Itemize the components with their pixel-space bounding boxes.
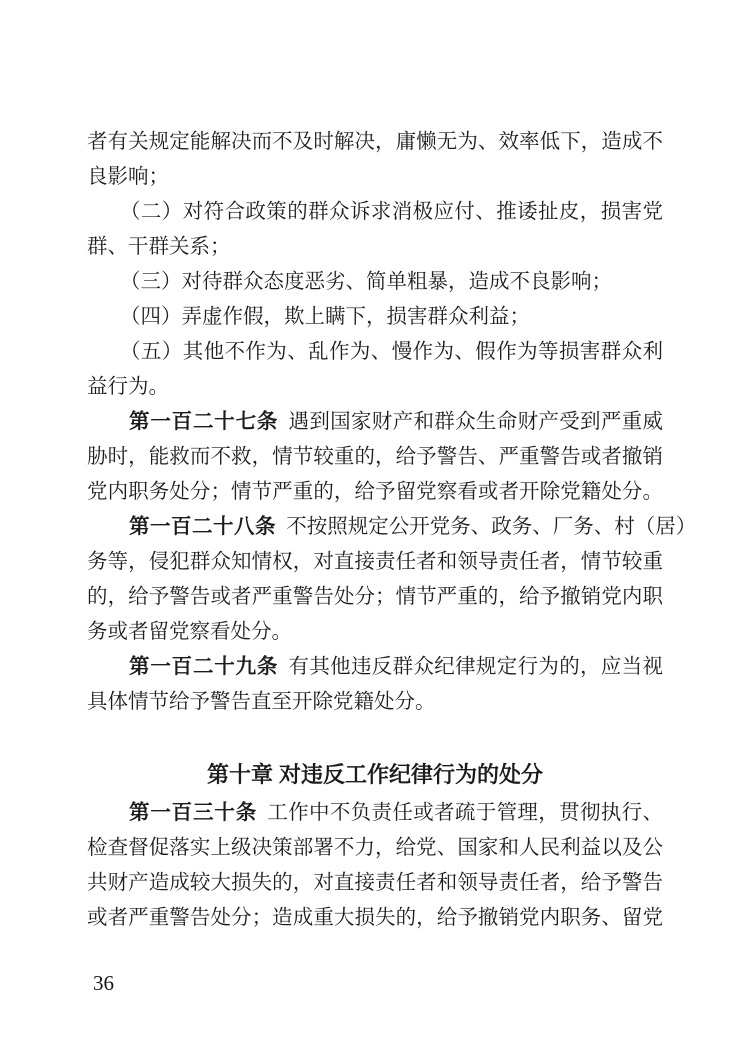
- line-text: 工作中不负责任或者疏于管理，贯彻执行、: [267, 802, 663, 824]
- line-text: （三）对待群众态度恶劣、简单粗暴，造成不良影响；: [120, 271, 612, 293]
- article-line: 第一百二十九条有其他违反群众纪律规定行为的，应当视: [87, 650, 663, 685]
- line-text: 遇到国家财产和群众生命财产受到严重威: [289, 411, 664, 433]
- text-line: 胁时，能救而不救，情节较重的，给予警告、严重警告或者撤销: [87, 440, 663, 475]
- line-text: 具体情节给予警告直至开除党籍处分。: [87, 691, 436, 713]
- page-number: 36: [93, 970, 114, 996]
- line-text: 务等，侵犯群众知情权，对直接责任者和领导责任者，情节较重: [87, 551, 663, 573]
- line-text: （四）弄虚作假，欺上瞒下，损害群众利益；: [120, 306, 530, 328]
- text-line: 检查督促落实上级决策部署不力，给党、国家和人民利益以及公: [87, 831, 663, 866]
- text-block: 者有关规定能解决而不及时解决，庸懒无为、效率低下，造成不 良影响； （二）对符合…: [87, 125, 663, 936]
- text-line: 益行为。: [87, 370, 663, 405]
- text-line: 群、干群关系；: [87, 230, 663, 265]
- line-text: 胁时，能救而不救，情节较重的，给予警告、严重警告或者撤销: [87, 446, 663, 468]
- article-number: 第一百二十九条: [129, 656, 278, 678]
- text-line: （二）对符合政策的群众诉求消极应付、推诿扯皮，损害党: [87, 195, 663, 230]
- text-line: 务等，侵犯群众知情权，对直接责任者和领导责任者，情节较重: [87, 545, 663, 580]
- article-line: 第一百二十七条遇到国家财产和群众生命财产受到严重威: [87, 405, 663, 440]
- text-line: 良影响；: [87, 160, 663, 195]
- document-page: 者有关规定能解决而不及时解决，庸懒无为、效率低下，造成不 良影响； （二）对符合…: [0, 0, 750, 1060]
- line-text: 者有关规定能解决而不及时解决，庸懒无为、效率低下，造成不: [87, 131, 663, 153]
- line-text: 党内职务处分；情节严重的，给予留党察看或者开除党籍处分。: [87, 481, 663, 503]
- text-line: 的，给予警告或者严重警告处分；情节严重的，给予撤销党内职: [87, 580, 663, 615]
- chapter-heading: 第十章 对违反工作纪律行为的处分: [87, 757, 663, 792]
- line-text: 共财产造成较大损失的，对直接责任者和领导责任者，给予警告: [87, 872, 663, 894]
- article-line: 第一百二十八条不按照规定公开党务、政务、厂务、村（居）: [87, 510, 663, 545]
- line-text: 益行为。: [87, 376, 169, 398]
- article-line: 第一百三十条工作中不负责任或者疏于管理，贯彻执行、: [87, 796, 663, 831]
- text-line: （五）其他不作为、乱作为、慢作为、假作为等损害群众利: [87, 335, 663, 370]
- line-text: （二）对符合政策的群众诉求消极应付、推诿扯皮，损害党: [120, 201, 663, 223]
- article-number: 第一百三十条: [129, 802, 257, 824]
- text-line: （四）弄虚作假，欺上瞒下，损害群众利益；: [87, 300, 663, 335]
- text-line: 具体情节给予警告直至开除党籍处分。: [87, 685, 663, 720]
- line-text: 有其他违反群众纪律规定行为的，应当视: [289, 656, 664, 678]
- line-text: 或者严重警告处分；造成重大损失的，给予撤销党内职务、留党: [87, 907, 663, 929]
- line-text: 不按照规定公开党务、政务、厂务、村（居）: [286, 516, 696, 538]
- text-line: （三）对待群众态度恶劣、简单粗暴，造成不良影响；: [87, 265, 663, 300]
- text-line: 者有关规定能解决而不及时解决，庸懒无为、效率低下，造成不: [87, 125, 663, 160]
- line-text: 群、干群关系；: [87, 236, 231, 258]
- line-text: 良影响；: [87, 166, 169, 188]
- line-text: 务或者留党察看处分。: [87, 621, 292, 643]
- text-line: 党内职务处分；情节严重的，给予留党察看或者开除党籍处分。: [87, 475, 663, 510]
- line-text: （五）其他不作为、乱作为、慢作为、假作为等损害群众利: [120, 341, 663, 363]
- text-line: 务或者留党察看处分。: [87, 615, 663, 650]
- text-line: 共财产造成较大损失的，对直接责任者和领导责任者，给予警告: [87, 866, 663, 901]
- article-number: 第一百二十八条: [129, 516, 276, 538]
- article-number: 第一百二十七条: [129, 411, 278, 433]
- line-text: 的，给予警告或者严重警告处分；情节严重的，给予撤销党内职: [87, 586, 663, 608]
- text-line: 或者严重警告处分；造成重大损失的，给予撤销党内职务、留党: [87, 901, 663, 936]
- line-text: 检查督促落实上级决策部署不力，给党、国家和人民利益以及公: [87, 837, 663, 859]
